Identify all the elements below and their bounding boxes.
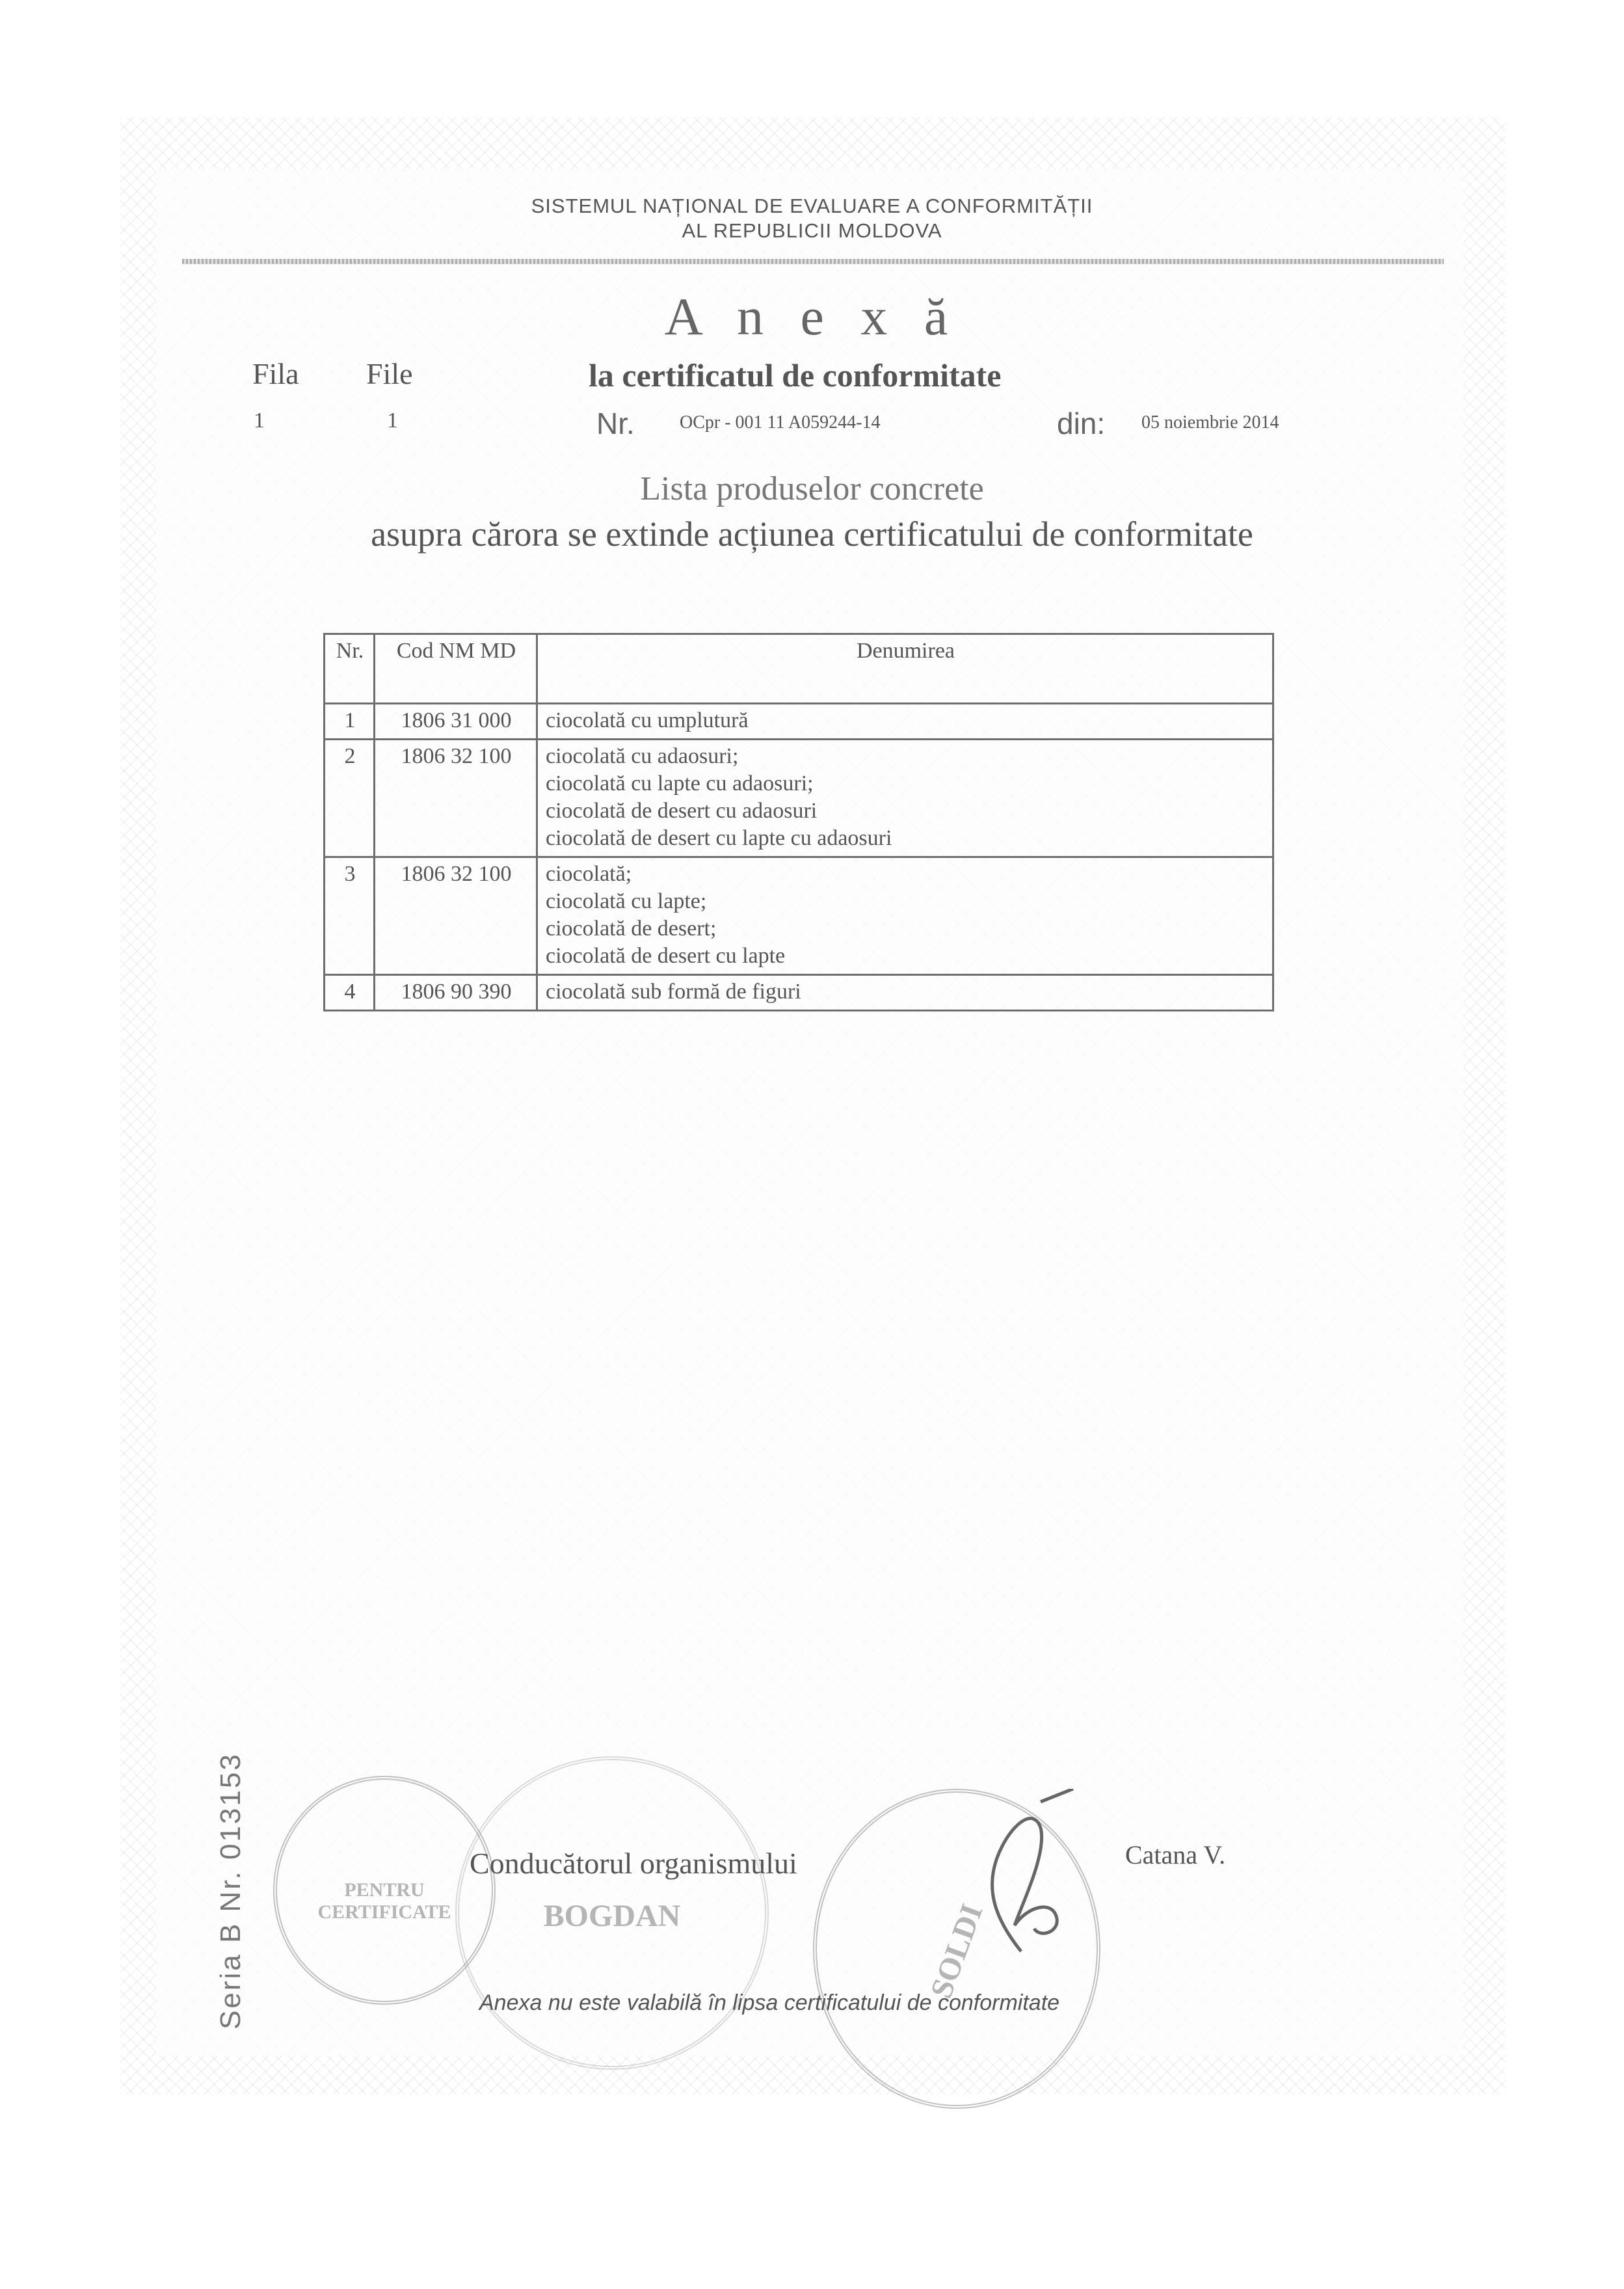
- row-names: ciocolată; ciocolată cu lapte; ciocolată…: [537, 857, 1273, 975]
- row-cod: 1806 90 390: [375, 975, 537, 1011]
- row-nr: 2: [325, 740, 375, 857]
- document-body: [156, 169, 1463, 2055]
- product-name: ciocolată cu lapte;: [546, 888, 1266, 915]
- certificate-date: 05 noiembrie 2014: [1141, 412, 1279, 433]
- product-name: ciocolată de desert cu lapte cu adaosuri: [546, 825, 1266, 852]
- products-table: Nr. Cod NM MD Denumirea 1 1806 31 000 ci…: [323, 633, 1274, 1011]
- file-label: File: [366, 356, 413, 391]
- row-names: ciocolată cu adaosuri; ciocolată cu lapt…: [537, 740, 1273, 857]
- row-nr: 4: [325, 975, 375, 1011]
- product-name: ciocolată sub formă de figuri: [546, 978, 1266, 1006]
- product-name: ciocolată de desert cu lapte: [546, 943, 1266, 970]
- certificate-number: OCpr - 001 11 A059244-14: [680, 412, 881, 433]
- product-name: ciocolată cu lapte cu adaosuri;: [546, 770, 1266, 797]
- product-name: ciocolată;: [546, 861, 1266, 888]
- certificate-number-label: Nr.: [596, 406, 635, 441]
- system-title-line2: AL REPUBLICII MOLDOVA: [0, 219, 1624, 243]
- product-name: ciocolată de desert cu adaosuri: [546, 797, 1266, 825]
- stamp-middle: BOGDAN: [455, 1756, 769, 2070]
- list-title: Lista produselor concrete: [0, 470, 1624, 508]
- row-cod: 1806 31 000: [375, 704, 537, 740]
- date-label: din:: [1057, 406, 1105, 441]
- product-name: ciocolată cu umplutură: [546, 707, 1266, 734]
- document-title: A n e x ă: [0, 286, 1624, 347]
- header-cod: Cod NM MD: [375, 634, 537, 704]
- head-of-body-label: Conducătorul organismului: [470, 1846, 797, 1881]
- table-row: 3 1806 32 100 ciocolată; ciocolată cu la…: [325, 857, 1273, 975]
- list-subtitle: asupra cărora se extinde acțiunea certif…: [0, 514, 1624, 554]
- validity-note: Anexa nu este valabilă în lipsa certific…: [479, 1990, 1059, 2016]
- product-name: ciocolată cu adaosuri;: [546, 743, 1266, 770]
- table-row: 1 1806 31 000 ciocolată cu umplutură: [325, 704, 1273, 740]
- row-nr: 3: [325, 857, 375, 975]
- row-names: ciocolată cu umplutură: [537, 704, 1273, 740]
- header-nr: Nr.: [325, 634, 375, 704]
- series-number: Seria B Nr. 013153: [215, 1752, 247, 2029]
- issuing-system-title: SISTEMUL NAȚIONAL DE EVALUARE A CONFORMI…: [0, 194, 1624, 243]
- fila-label: Fila: [252, 356, 299, 391]
- header-denumirea: Denumirea: [537, 634, 1273, 704]
- signature-mark: [943, 1789, 1080, 1958]
- table-row: 2 1806 32 100 ciocolată cu adaosuri; cio…: [325, 740, 1273, 857]
- signatory-name: Catana V.: [1125, 1840, 1225, 1870]
- product-name: ciocolată de desert;: [546, 915, 1266, 943]
- row-names: ciocolată sub formă de figuri: [537, 975, 1273, 1011]
- row-cod: 1806 32 100: [375, 857, 537, 975]
- table-row: 4 1806 90 390 ciocolată sub formă de fig…: [325, 975, 1273, 1011]
- row-nr: 1: [325, 704, 375, 740]
- file-value: 1: [387, 408, 398, 433]
- document-subtitle: la certificatul de conformitate: [589, 356, 1001, 394]
- fila-value: 1: [254, 408, 265, 433]
- row-cod: 1806 32 100: [375, 740, 537, 857]
- table-header-row: Nr. Cod NM MD Denumirea: [325, 634, 1273, 704]
- header-divider: [182, 259, 1444, 264]
- system-title-line1: SISTEMUL NAȚIONAL DE EVALUARE A CONFORMI…: [0, 194, 1624, 219]
